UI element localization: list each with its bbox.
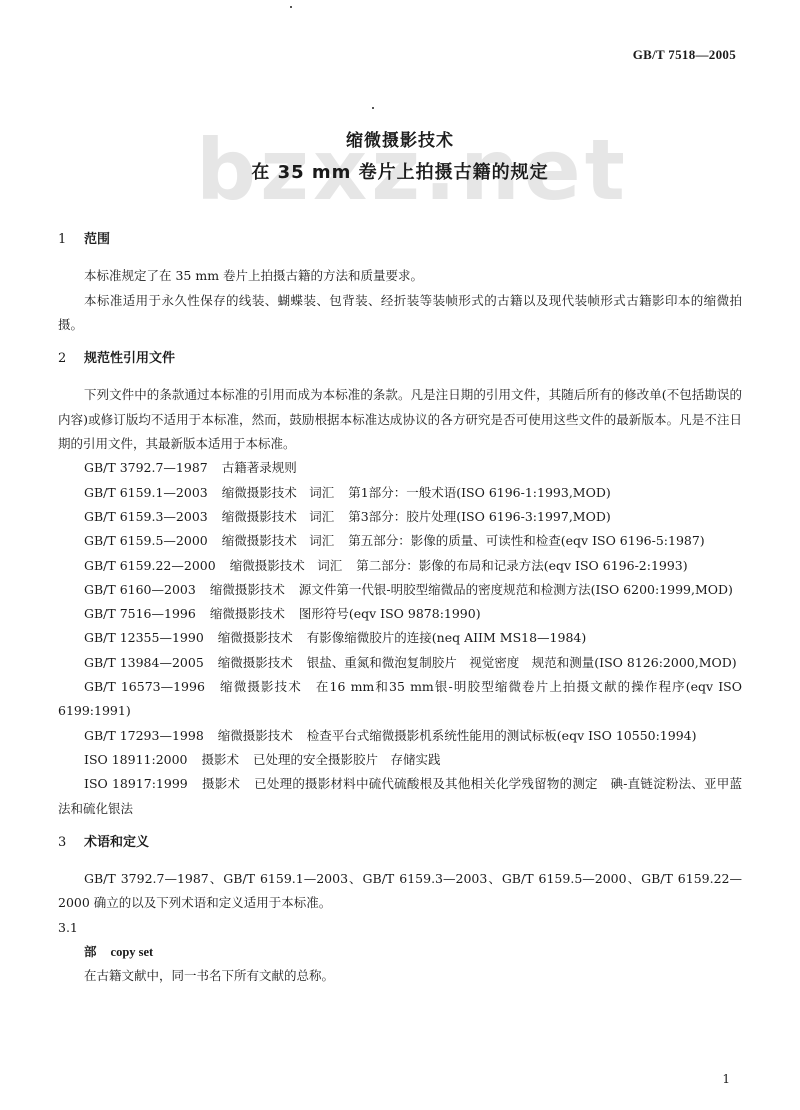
reference-item: GB/T 6160—2003缩微摄影技术源文件第一代银-明胶型缩微品的密度规范和…: [58, 578, 742, 602]
reference-title: 缩微摄影技术: [218, 655, 293, 670]
term-definition: 在古籍文献中，同一书名下所有文献的总称。: [84, 964, 742, 988]
reference-code: GB/T 6160—2003: [84, 582, 196, 597]
section-title: 范围: [84, 232, 110, 247]
section-heading-scope: 1范围: [58, 228, 742, 252]
section-heading-terms-definitions: 3术语和定义: [58, 831, 742, 855]
reference-title: 缩微摄影技术: [219, 679, 302, 694]
reference-item: ISO 18911:2000摄影术已处理的安全摄影胶片 存储实践: [58, 748, 742, 772]
reference-item: GB/T 3792.7—1987古籍著录规则: [58, 456, 742, 480]
reference-item: GB/T 16573—1996缩微摄影技术在16 mm和35 mm银-明胶型缩微…: [58, 675, 742, 724]
term-entry: 部copy set: [84, 940, 742, 964]
reference-code: GB/T 7516—1996: [84, 606, 196, 621]
term-zh: 部: [84, 944, 97, 959]
term-en: copy set: [111, 945, 154, 959]
reference-title: 古籍著录规则: [222, 460, 297, 475]
section-title: 规范性引用文件: [84, 351, 175, 366]
page-number: 1: [722, 1072, 730, 1086]
reference-item: GB/T 17293—1998缩微摄影技术检查平台式缩微摄影机系统性能用的测试标…: [58, 724, 742, 748]
reference-title: 缩微摄影技术 词汇: [222, 533, 335, 548]
standard-code: GB/T 7518—2005: [633, 47, 736, 63]
reference-code: GB/T 6159.22—2000: [84, 558, 216, 573]
reference-code: GB/T 12355—1990: [84, 630, 204, 645]
reference-extra: 第3部分：胶片处理(ISO 6196-3:1997,MOD): [348, 509, 610, 524]
reference-item: GB/T 13984—2005缩微摄影技术银盐、重氮和微泡复制胶片 视觉密度 规…: [58, 651, 742, 675]
reference-extra: 源文件第一代银-明胶型缩微品的密度规范和检测方法(ISO 6200:1999,M…: [299, 582, 733, 597]
reference-item: GB/T 6159.5—2000缩微摄影技术 词汇第五部分：影像的质量、可读性和…: [58, 529, 742, 553]
reference-title: 缩微摄影技术: [218, 630, 293, 645]
reference-item: GB/T 6159.22—2000缩微摄影技术 词汇第二部分：影像的布局和记录方…: [58, 554, 742, 578]
reference-code: GB/T 6159.3—2003: [84, 509, 208, 524]
reference-code: ISO 18911:2000: [84, 752, 188, 767]
section-number: 1: [58, 228, 84, 252]
reference-title: 摄影术: [202, 752, 240, 767]
reference-title: 缩微摄影技术 词汇: [230, 558, 343, 573]
section-title: 术语和定义: [84, 835, 149, 850]
reference-code: GB/T 17293—1998: [84, 728, 204, 743]
reference-code: GB/T 16573—1996: [84, 679, 205, 694]
reference-title: 缩微摄影技术 词汇: [222, 509, 335, 524]
section-number: 2: [58, 347, 84, 371]
reference-code: ISO 18917:1999: [84, 776, 188, 791]
document-title-line1: 缩微摄影技术: [0, 126, 800, 151]
reference-extra: 银盐、重氮和微泡复制胶片 视觉密度 规范和测量(ISO 8126:2000,MO…: [307, 655, 737, 670]
paragraph: GB/T 3792.7—1987、GB/T 6159.1—2003、GB/T 6…: [58, 867, 742, 916]
paragraph: 本标准适用于永久性保存的线装、蝴蝶装、包背装、经折装等装帧形式的古籍以及现代装帧…: [58, 289, 742, 338]
reference-item: GB/T 7516—1996缩微摄影技术图形符号(eqv ISO 9878:19…: [58, 602, 742, 626]
reference-extra: 第五部分：影像的质量、可读性和检查(eqv ISO 6196-5:1987): [348, 533, 704, 548]
reference-extra: 有影像缩微胶片的连接(neq AIIM MS18—1984): [307, 630, 586, 645]
reference-title: 缩微摄影技术: [218, 728, 293, 743]
reference-extra: 已处理的安全摄影胶片 存储实践: [253, 752, 441, 767]
reference-title: 摄影术: [202, 776, 240, 791]
reference-extra: 第二部分：影像的布局和记录方法(eqv ISO 6196-2:1993): [356, 558, 687, 573]
reference-title: 缩微摄影技术: [210, 606, 285, 621]
paragraph: 本标准规定了在 35 mm 卷片上拍摄古籍的方法和质量要求。: [58, 264, 742, 288]
reference-item: GB/T 6159.3—2003缩微摄影技术 词汇第3部分：胶片处理(ISO 6…: [58, 505, 742, 529]
reference-item: GB/T 6159.1—2003缩微摄影技术 词汇第1部分：一般术语(ISO 6…: [58, 481, 742, 505]
document-title-line2: 在 35 mm 卷片上拍摄古籍的规定: [0, 158, 800, 184]
reference-item: GB/T 12355—1990缩微摄影技术有影像缩微胶片的连接(neq AIIM…: [58, 626, 742, 650]
document-body: 1范围 本标准规定了在 35 mm 卷片上拍摄古籍的方法和质量要求。 本标准适用…: [58, 228, 742, 989]
reference-title: 缩微摄影技术: [210, 582, 285, 597]
reference-code: GB/T 3792.7—1987: [84, 460, 208, 475]
section-number: 3: [58, 831, 84, 855]
reference-code: GB/T 6159.5—2000: [84, 533, 208, 548]
scan-speck: [372, 107, 374, 109]
term-number: 3.1: [58, 916, 742, 940]
reference-extra: 第1部分：一般术语(ISO 6196-1:1993,MOD): [348, 485, 610, 500]
reference-item: ISO 18917:1999摄影术已处理的摄影材料中硫代硫酸根及其他相关化学残留…: [58, 772, 742, 821]
reference-extra: 检查平台式缩微摄影机系统性能用的测试标板(eqv ISO 10550:1994): [307, 728, 697, 743]
reference-extra: 图形符号(eqv ISO 9878:1990): [299, 606, 481, 621]
paragraph: 下列文件中的条款通过本标准的引用而成为本标准的条款。凡是注日期的引用文件，其随后…: [58, 383, 742, 456]
reference-code: GB/T 6159.1—2003: [84, 485, 208, 500]
scan-speck: [290, 6, 292, 8]
reference-code: GB/T 13984—2005: [84, 655, 204, 670]
reference-title: 缩微摄影技术 词汇: [222, 485, 335, 500]
section-heading-normative-references: 2规范性引用文件: [58, 347, 742, 371]
